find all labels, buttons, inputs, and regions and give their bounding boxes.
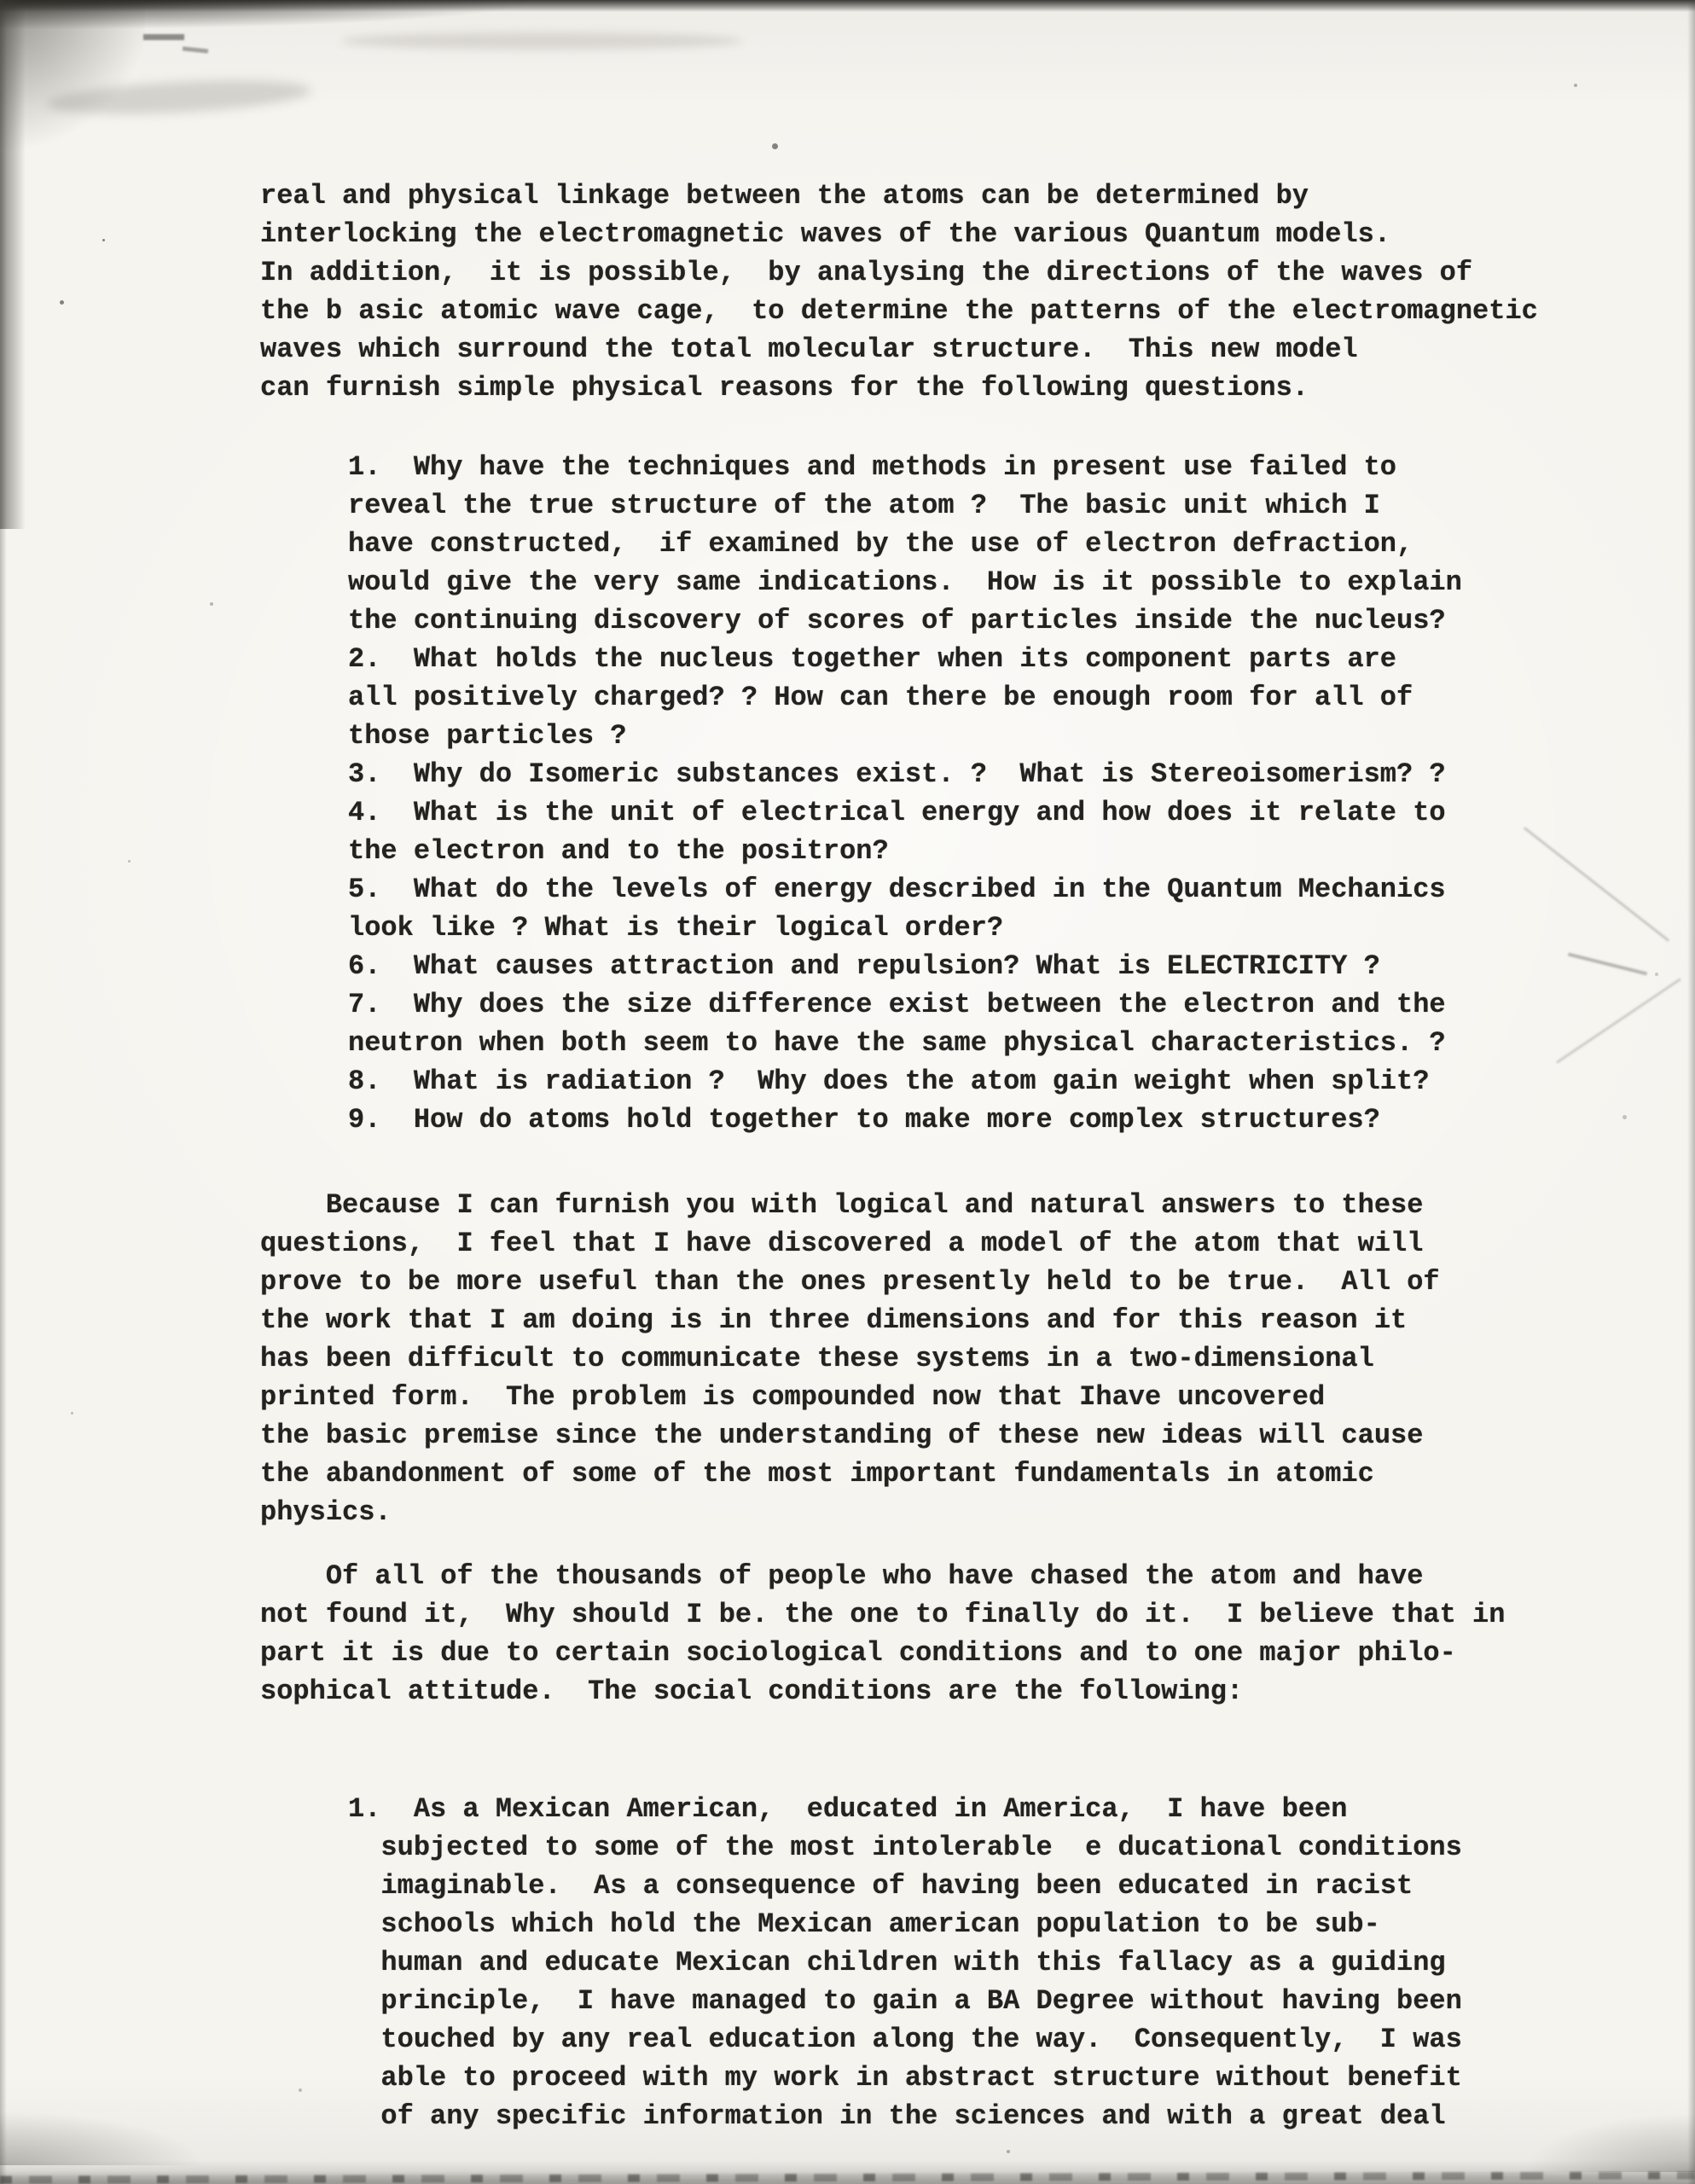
discovery-paragraph: Because I can furnish you with logical a…: [260, 1186, 1642, 1531]
intro-paragraph: real and physical linkage between the at…: [260, 177, 1642, 407]
question-item-2: 2. What holds the nucleus together when …: [348, 640, 1642, 755]
scan-artifact-smudge: [341, 32, 742, 49]
scan-artifact-bottom-specks: [0, 2171, 1695, 2183]
question-item-1: 1. Why have the techniques and methods i…: [348, 448, 1642, 640]
scan-artifact-right-edge: [1687, 0, 1695, 2184]
scan-artifact-left-edge: [0, 0, 7, 2184]
question-item-7: 7. Why does the size difference exist be…: [348, 985, 1642, 1062]
scan-artifact-corner-blob: [0, 0, 145, 162]
question-item-4: 4. What is the unit of electrical energy…: [348, 793, 1642, 870]
scan-speck: [102, 239, 105, 241]
scan-artifact-dash: [143, 34, 184, 40]
scanned-page: real and physical linkage between the at…: [0, 0, 1695, 2184]
scan-artifact-bottom-edge: [0, 2160, 1695, 2184]
scan-speck: [772, 143, 778, 149]
scan-artifact-smudge: [46, 75, 311, 119]
scan-artifact-top-left-edge: [0, 0, 529, 29]
questions-list: 1. Why have the techniques and methods i…: [348, 448, 1642, 1139]
social-conditions-list: 1. As a Mexican American, educated in Am…: [348, 1790, 1642, 2135]
scan-speck: [128, 860, 131, 863]
scan-artifact-corner-curl: [0, 0, 26, 529]
question-item-9: 9. How do atoms hold together to make mo…: [348, 1101, 1642, 1139]
social-condition-item-1: 1. As a Mexican American, educated in Am…: [348, 1790, 1642, 2135]
document-text: real and physical linkage between the at…: [260, 177, 1642, 2135]
sociology-paragraph: Of all of the thousands of people who ha…: [260, 1557, 1642, 1711]
question-item-3: 3. Why do Isomeric substances exist. ? W…: [348, 755, 1642, 793]
scan-speck: [210, 602, 213, 606]
scan-speck: [1007, 2150, 1010, 2153]
scan-artifact-dash: [183, 46, 208, 53]
question-item-6: 6. What causes attraction and repulsion?…: [348, 947, 1642, 985]
question-item-8: 8. What is radiation ? Why does the atom…: [348, 1062, 1642, 1101]
scan-artifact-bottom-left-corner: [0, 2111, 205, 2165]
scan-speck: [1574, 84, 1577, 87]
question-item-5: 5. What do the levels of energy describe…: [348, 870, 1642, 947]
scan-speck: [71, 1412, 73, 1414]
scan-speck: [60, 300, 64, 305]
scan-speck: [1655, 973, 1658, 976]
scan-artifact-top-edge: [0, 0, 1695, 12]
